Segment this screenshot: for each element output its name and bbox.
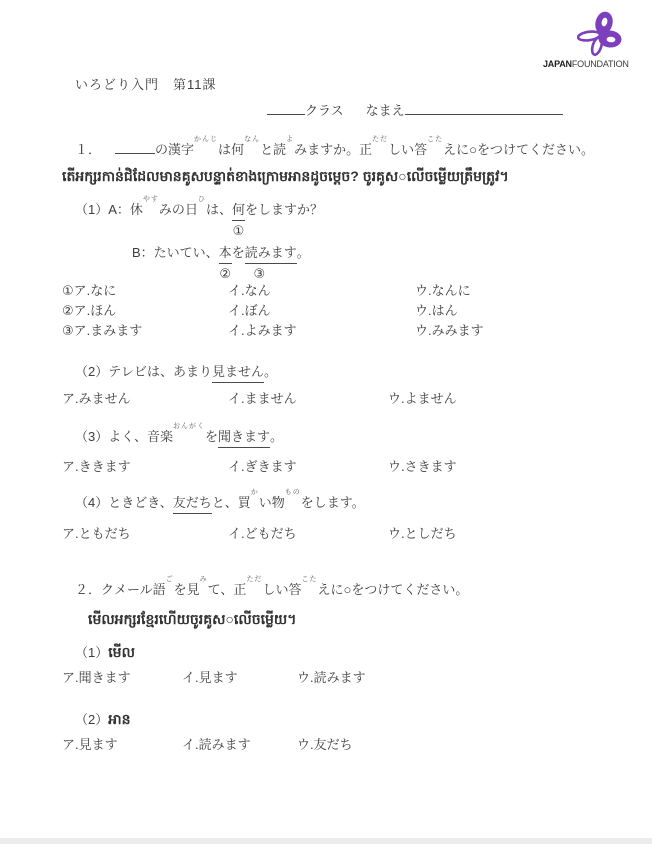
s2-q1-khmer-word: មើល [108, 644, 135, 660]
option-cell: ウ.はん [415, 301, 458, 321]
section1-instruction-khmer: តើអក្សរកាន់ជិដែលមានគូសបន្ទាត់ខាងក្រោមអាន… [62, 167, 509, 188]
japan-foundation-logo: JAPANFOUNDATION [543, 10, 633, 69]
option-cell: イ.どもだち [228, 524, 388, 544]
option-cell: ①ア.なに [62, 281, 228, 301]
logo-text-foundation: FOUNDATION [572, 59, 629, 69]
q1-option-row-1: ①ア.なに イ.なん ウ.なんに [62, 281, 484, 301]
option-cell: イ.読みます [182, 735, 297, 755]
q1-option-group: ①ア.なに イ.なん ウ.なんに ②ア.ほん イ.ぼん ウ.はん ③ア.まみます… [62, 281, 484, 341]
section1-instruction: １．の漢字かんじは何なんと読よみますか。正ただしい答こたえに○をつけてください。 [75, 136, 594, 159]
page-bottom-edge [0, 838, 652, 844]
dialogue-line-a: （1）A：休やすみの日ひは、何①をしますか？ [75, 196, 323, 221]
name-label: なまえ [366, 103, 405, 118]
option-cell: イ.見ます [182, 668, 297, 688]
option-cell: ウ.よません [388, 389, 457, 409]
option-cell: ウ.友だち [297, 735, 353, 755]
option-cell: ②ア.ほん [62, 301, 228, 321]
s2-q2-khmer-word: អាន [108, 711, 130, 727]
section2-instruction: ２．クメール語ごを見みて、正ただしい答こたえに○をつけてください。 [75, 576, 468, 599]
option-cell: ア.みません [62, 389, 228, 409]
butterfly-logo-icon [577, 10, 625, 58]
section2-instruction-khmer: មើលអក្សរខ្មែរហើយចូរគូស○លើចម្លើយ។ [88, 610, 296, 631]
q3-sentence: （3）よく、音楽おんがくを聞きます。 [75, 423, 283, 448]
option-cell: ア.聞きます [62, 668, 182, 688]
option-cell: イ.ぎきます [228, 457, 388, 477]
q4-sentence: （4）ときどき、友だちと、買かい物ものをします。 [75, 489, 365, 514]
option-cell: ウ.なんに [415, 281, 471, 301]
q1-option-row-3: ③ア.まみます イ.よみます ウ.みみます [62, 321, 484, 341]
dialogue-line-b: B：たいてい、本②を読みます③。 [132, 245, 310, 264]
worksheet-page: JAPANFOUNDATION いろどり入門 第11課 クラスなまえ １．の漢字… [0, 0, 652, 844]
option-cell: ③ア.まみます [62, 321, 228, 341]
class-name-line: クラスなまえ [267, 100, 563, 119]
option-cell: イ.なん [228, 281, 415, 301]
s2-q1-label: （1）មើល [75, 642, 135, 664]
s2-q2-label: （2）អាន [75, 709, 130, 731]
option-cell: イ.ぼん [228, 301, 415, 321]
q4-option-row: ア.ともだち イ.どもだち ウ.としだち [62, 524, 457, 544]
logo-text-japan: JAPAN [543, 59, 572, 69]
option-cell: イ.まません [228, 389, 388, 409]
class-blank-field [267, 103, 305, 115]
q2-option-row: ア.みません イ.まません ウ.よません [62, 389, 457, 409]
name-blank-field [405, 103, 563, 115]
s2-q1-number: （1） [75, 645, 108, 660]
option-cell: ウ.としだち [388, 524, 457, 544]
class-label: クラス [305, 103, 344, 118]
option-cell: ア.ききます [62, 457, 228, 477]
option-cell: イ.よみます [228, 321, 415, 341]
q2-sentence: （2）テレビは、あまり見ません。 [75, 364, 277, 383]
s2-q2-number: （2） [75, 712, 108, 727]
page-title: いろどり入門 第11課 [75, 77, 217, 94]
option-cell: ウ.みみます [415, 321, 484, 341]
option-cell: ア.ともだち [62, 524, 228, 544]
s2-q2-option-row: ア.見ます イ.読みます ウ.友だち [62, 735, 353, 755]
s2-q1-option-row: ア.聞きます イ.見ます ウ.読みます [62, 668, 366, 688]
option-cell: ウ.読みます [297, 668, 366, 688]
q1-option-row-2: ②ア.ほん イ.ぼん ウ.はん [62, 301, 484, 321]
option-cell: ア.見ます [62, 735, 182, 755]
logo-wordmark: JAPANFOUNDATION [543, 59, 633, 69]
q3-option-row: ア.ききます イ.ぎきます ウ.さきます [62, 457, 457, 477]
option-cell: ウ.さきます [388, 457, 457, 477]
